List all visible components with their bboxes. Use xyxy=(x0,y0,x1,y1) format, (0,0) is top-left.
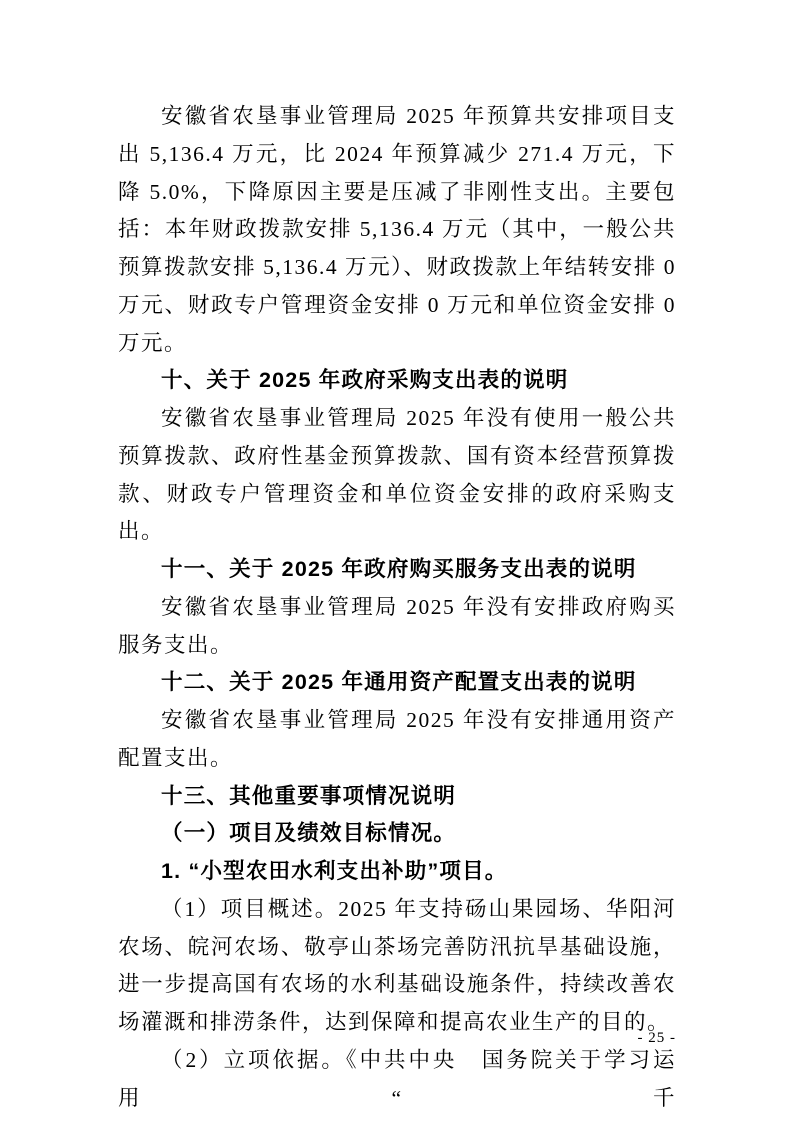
page-number: - 25 - xyxy=(638,1030,677,1047)
paragraph-project-1-overview: （1）项目概述。2025 年支持砀山果园场、华阳河农场、皖河农场、敬亭山茶场完善… xyxy=(118,891,676,1042)
paragraph-section-11-body: 安徽省农垦事业管理局 2025 年没有安排政府购买服务支出。 xyxy=(118,589,676,665)
subsection-1-heading: （一）项目及绩效目标情况。 xyxy=(118,815,676,853)
document-page: 安徽省农垦事业管理局 2025 年预算共安排项目支出 5,136.4 万元，比 … xyxy=(0,0,794,1123)
paragraph-section-12-body: 安徽省农垦事业管理局 2025 年没有安排通用资产配置支出。 xyxy=(118,702,676,778)
section-12-heading: 十二、关于 2025 年通用资产配置支出表的说明 xyxy=(118,664,676,702)
paragraph-section-10-body: 安徽省农垦事业管理局 2025 年没有使用一般公共预算拨款、政府性基金预算拨款、… xyxy=(118,400,676,551)
section-10-heading: 十、关于 2025 年政府采购支出表的说明 xyxy=(118,362,676,400)
paragraph-project-expenditure-summary: 安徽省农垦事业管理局 2025 年预算共安排项目支出 5,136.4 万元，比 … xyxy=(118,98,676,362)
paragraph-project-1-basis: （2）立项依据。《中共中央 国务院关于学习运用“千 xyxy=(118,1042,676,1118)
section-11-heading: 十一、关于 2025 年政府购买服务支出表的说明 xyxy=(118,551,676,589)
project-1-title-heading: 1. “小型农田水利支出补助”项目。 xyxy=(118,853,676,891)
section-13-heading: 十三、其他重要事项情况说明 xyxy=(118,778,676,816)
document-text-block: 安徽省农垦事业管理局 2025 年预算共安排项目支出 5,136.4 万元，比 … xyxy=(118,98,676,1117)
